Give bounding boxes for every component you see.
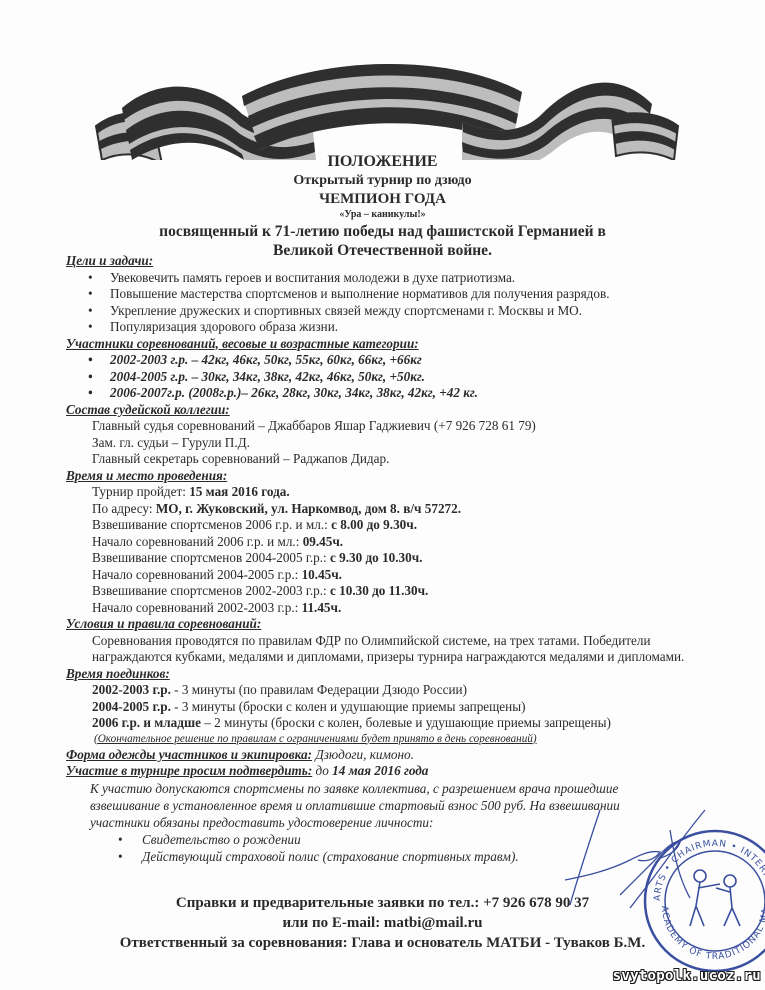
participants-heading: Участники соревнований, весовые и возрас… (66, 336, 706, 353)
list-item: Повышение мастерства спортсменов и выпол… (110, 286, 706, 303)
document-subtitle: Открытый турнир по дзюдо (0, 172, 765, 190)
list-item: Популяризация здорового образа жизни. (110, 319, 706, 336)
signature-scribble-icon (560, 800, 710, 910)
schedule-line: Взвешивание спортсменов 2006 г.р. и мл.:… (92, 517, 706, 534)
event-slogan: «Ура – каникулы!» (0, 208, 765, 222)
schedule-line: Начало соревнований 2002-2003 г.р.: 11.4… (92, 600, 706, 617)
list-item: 2006-2007г.р. (2008г.р.)– 26кг, 28кг, 30… (110, 385, 706, 402)
document-header: ПОЛОЖЕНИЕ Открытый турнир по дзюдо ЧЕМПИ… (0, 152, 765, 260)
list-item: 2002-2003 г.р. – 42кг, 46кг, 50кг, 55кг,… (110, 352, 706, 369)
judge-line: Главный секретарь соревнований – Раджапо… (92, 451, 706, 468)
judge-line: Зам. гл. судьи – Гурули П.Д. (92, 435, 706, 452)
list-item: Укрепление дружеских и спортивных связей… (110, 303, 706, 320)
bouts-note: (Окончательное решение по правилам с огр… (66, 732, 706, 747)
weight-categories-list: 2002-2003 г.р. – 42кг, 46кг, 50кг, 55кг,… (66, 352, 706, 402)
schedule-line: Взвешивание спортсменов 2002-2003 г.р.: … (92, 583, 706, 600)
bout-line: 2004-2005 г.р. - 3 минуты (броски с коле… (92, 699, 706, 716)
goals-heading: Цели и задачи: (66, 253, 706, 270)
judge-line: Главный судья соревнований – Джаббаров Я… (92, 418, 706, 435)
list-item: Увековечить память героев и воспитания м… (110, 270, 706, 287)
rules-text: Соревнования проводятся по правилам ФДР … (66, 633, 692, 666)
schedule-line: Турнир пройдет: 15 мая 2016 года. (92, 484, 706, 501)
dedication-line-1: посвященный к 71-летию победы над фашист… (0, 222, 765, 241)
uniform-line: Форма одежды участников и экипировка: Дз… (66, 747, 706, 764)
schedule-line: Начало соревнований 2006 г.р. и мл.: 09.… (92, 534, 706, 551)
rules-heading: Условия и правила соревнований: (66, 616, 706, 633)
schedule-list: Турнир пройдет: 15 мая 2016 года. По адр… (66, 484, 706, 616)
judges-heading: Состав судейской коллегии: (66, 402, 706, 419)
schedule-line: Начало соревнований 2004-2005 г.р.: 10.4… (92, 567, 706, 584)
bouts-list: 2002-2003 г.р. - 3 минуты (по правилам Ф… (66, 682, 706, 732)
goals-list: Увековечить память героев и воспитания м… (66, 270, 706, 336)
bout-line: 2006 г.р. и младше – 2 минуты (броски с … (92, 715, 706, 732)
judges-list: Главный судья соревнований – Джаббаров Я… (66, 418, 706, 468)
document-body: Цели и задачи: Увековечить память героев… (66, 253, 706, 865)
schedule-line: Взвешивание спортсменов 2004-2005 г.р.: … (92, 550, 706, 567)
confirm-line: Участие в турнире просим подтвердить: до… (66, 763, 706, 780)
st-george-ribbon-graphic (92, 34, 682, 160)
bout-line: 2002-2003 г.р. - 3 минуты (по правилам Ф… (92, 682, 706, 699)
list-item: 2004-2005 г.р. – 30кг, 34кг, 38кг, 42кг,… (110, 369, 706, 386)
schedule-heading: Время и место проведения: (66, 468, 706, 485)
event-name: ЧЕМПИОН ГОДА (0, 190, 765, 208)
document-title: ПОЛОЖЕНИЕ (0, 152, 765, 172)
schedule-line: По адресу: МО, г. Жуковский, ул. Наркомв… (92, 501, 706, 518)
site-watermark: svytopolk.ucoz.ru (613, 968, 761, 984)
bouts-heading: Время поединков: (66, 666, 706, 683)
